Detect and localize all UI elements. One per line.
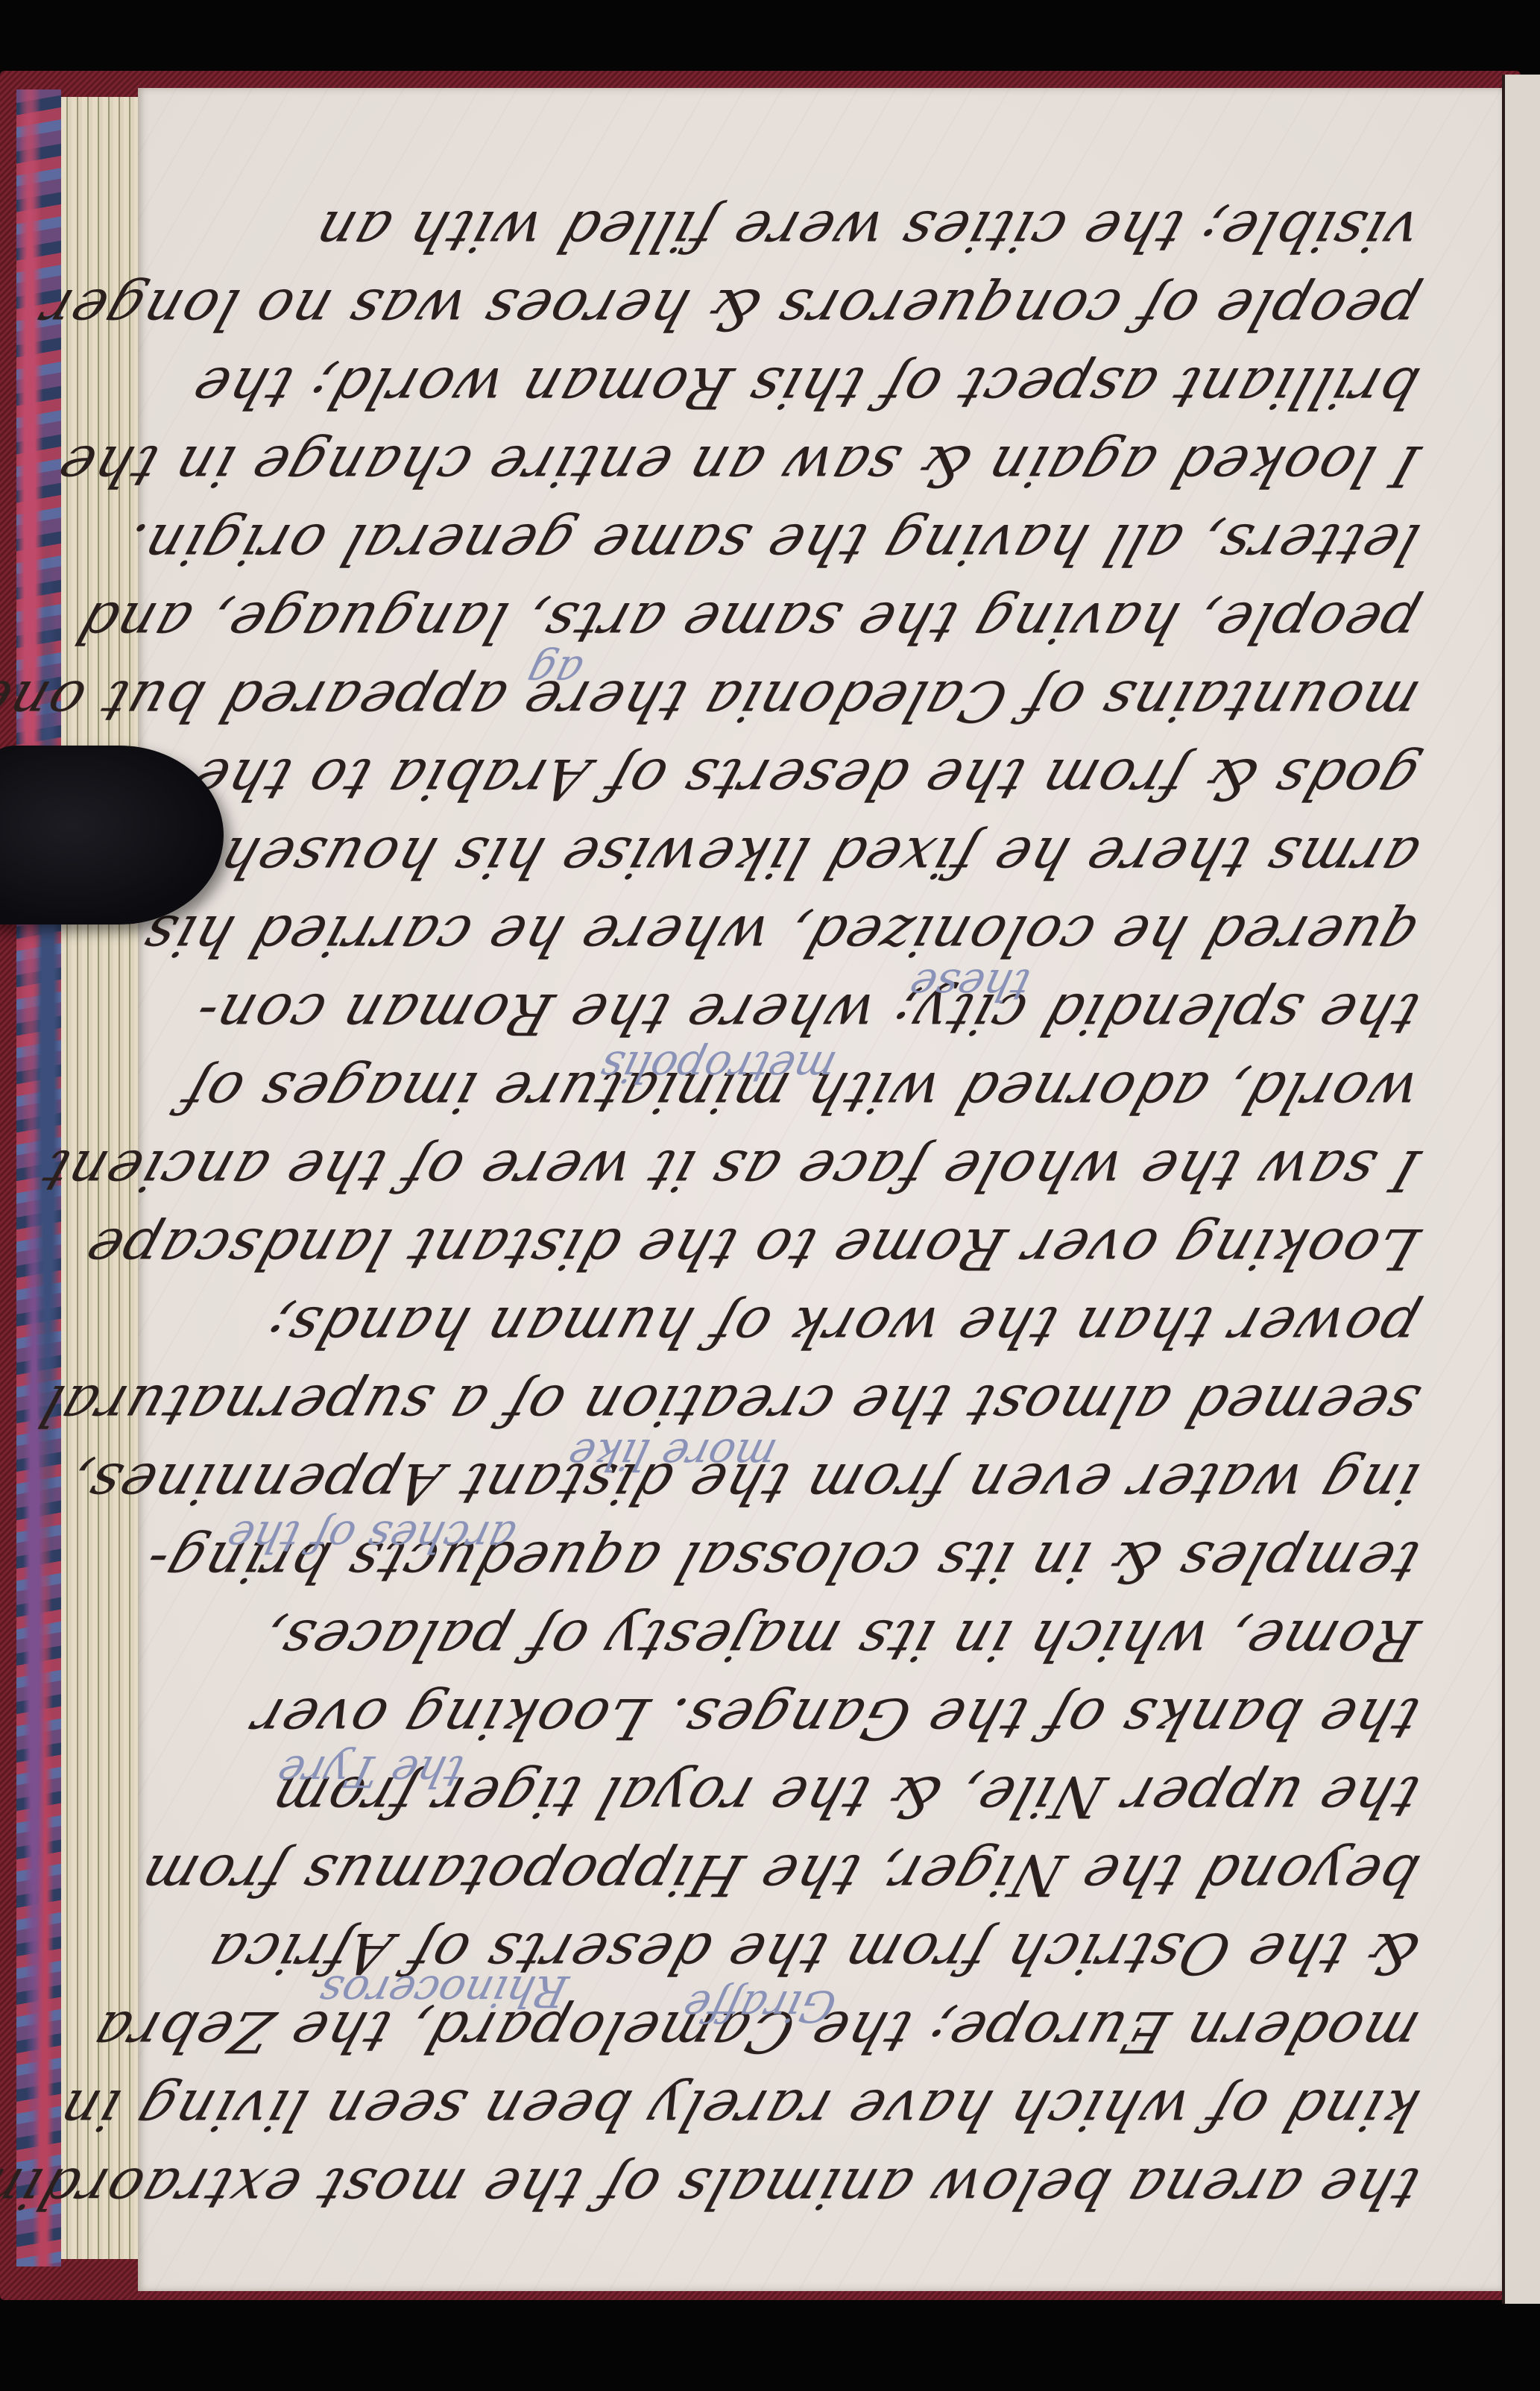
text-line: people, having the same arts, language, …	[183, 590, 1427, 656]
pencil-annotation: Rhinoceros	[313, 1966, 572, 2017]
text-line: brilliant aspect of this Roman world; th…	[183, 355, 1427, 421]
text-line: kind of which have rarely been seen livi…	[183, 2077, 1427, 2143]
pencil-annotation: more like	[563, 1429, 782, 1480]
text-line: quered he colonized, where he carried hi…	[183, 903, 1427, 969]
text-line: gods & from the deserts of Arabia to the	[183, 746, 1427, 813]
pencil-annotation: Giraffe	[678, 1981, 842, 2032]
text-line: ing water even from the distant Appennin…	[183, 1451, 1427, 1517]
text-line: the arena below animals of the most extr…	[183, 2155, 1427, 2222]
text-line: I saw the whole face as it were of the a…	[183, 1138, 1427, 1204]
text-line: visible; the cities were filled with an	[183, 198, 1427, 265]
text-line: power than the work of human hands;	[183, 1294, 1427, 1361]
text-line: letters, all having the same general ori…	[183, 511, 1427, 578]
text-line: the splendid city; where the Roman con-	[183, 981, 1427, 1048]
text-line: the banks of the Ganges. Looking over	[183, 1686, 1427, 1752]
text-line: Rome, which in its majesty of palaces,	[183, 1607, 1427, 1674]
text-line: beyond the Niger, the Hippopotamus from	[183, 1842, 1427, 1909]
pencil-annotation: metropolis	[594, 1042, 841, 1092]
pencil-annotation: the Tyre	[272, 1746, 469, 1797]
pencil-annotation: these	[903, 960, 1035, 1010]
text-line: arms there he fixed likewise his househo…	[183, 825, 1427, 891]
text-line: Looking over Rome to the distant landsca…	[183, 1216, 1427, 1282]
facing-page-edge	[1502, 75, 1540, 2304]
text-line: I looked again & saw an entire change in…	[183, 433, 1427, 500]
text-line: mountains of Caledonia there appeared bu…	[183, 668, 1427, 734]
pencil-annotation: arches of the	[221, 1511, 520, 1562]
text-line: seemed almost the creation of a supernat…	[183, 1373, 1427, 1439]
gloved-finger	[0, 746, 224, 924]
handwritten-text-block: the arena below animals of the most extr…	[194, 171, 1446, 2222]
text-line: people of conquerors & heroes was no lon…	[183, 277, 1427, 343]
